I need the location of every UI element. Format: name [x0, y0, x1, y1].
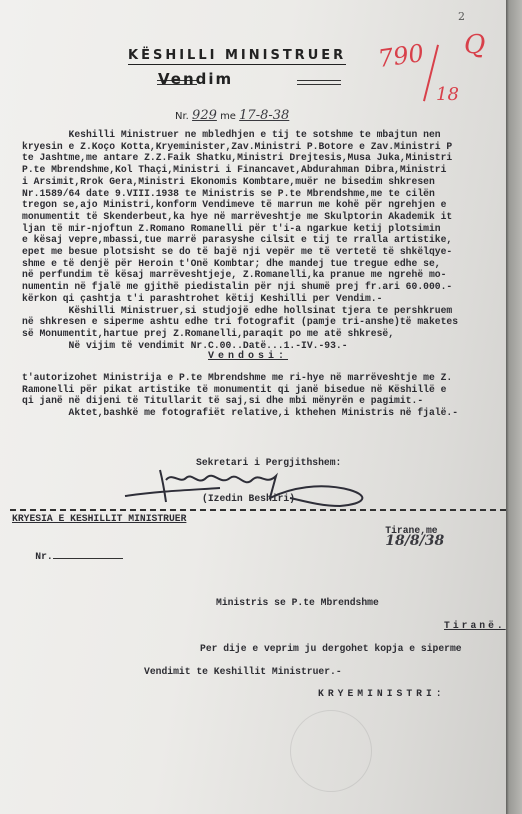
body-line: te Jashtme,me antare Z.Z.Faik Shatku,Min… [22, 152, 458, 164]
addressee-city: Tiranë. [444, 620, 506, 632]
page-edge [506, 0, 522, 814]
body-line: monumentit të Skenderbeut,ka hye në marr… [22, 211, 458, 223]
divider [10, 509, 506, 511]
nr-value: 929 [192, 108, 217, 123]
page-number: 2 [458, 10, 465, 23]
body-line: shme e të denjë për Heroin t'Onë Kombtar… [22, 258, 458, 270]
decision-line: t'autorizohet Ministrija e P.te Mbrendsh… [22, 372, 458, 384]
body-line: kryesin e Z.Koço Kotta,Kryeminister,Zav.… [22, 141, 458, 153]
body-line: së Monumentit,hartue prej Z.Romanelli,pa… [22, 328, 458, 340]
body-line: Keshilli Ministruer ne mbledhjen e tij t… [22, 129, 458, 141]
addressee: Ministris se P.te Mbrendshme [216, 597, 379, 609]
body-line: P.te Mbrendshme,Kol Thaçi,Ministri i Fin… [22, 164, 458, 176]
closing-signatory: KRYEMINISTRI: [318, 688, 446, 700]
outgoing-number: Nr. [12, 539, 123, 574]
red-annotation-number: 790 [376, 39, 425, 73]
body-line: i Arsimit,Rrok Gera,Ministri Ekonomis Ko… [22, 176, 458, 188]
body-line: Këshilli Ministruer,si studjojë edhe hol… [22, 305, 458, 317]
date-value: 17-8-38 [239, 108, 289, 123]
title-rule-right [297, 80, 341, 85]
body-line: Në vijim të vendimit Nr.C.00..Datë...1.-… [22, 340, 458, 352]
body-line: ljan të mir-njoftun Z.Romano Romanelli p… [22, 223, 458, 235]
decision-heading: Vendosi: [208, 351, 288, 362]
red-annotation-mark: Q [464, 30, 485, 60]
handwritten-signature [120, 458, 380, 508]
decision-body: Keshilli Ministruer ne mbledhjen e tij t… [22, 129, 458, 351]
date-label: me [220, 111, 236, 122]
body-line: numentin në fjalë me gjithë piedistalin … [22, 281, 458, 293]
outgoing-nr-blank [53, 558, 123, 559]
decision-line: qi janë në dijeni të Titullarit të saj,s… [22, 395, 458, 407]
document-subtitle: Vendim [158, 70, 233, 88]
place-date-value: 18/8/38 [385, 533, 444, 549]
body-line: Nr.1589/64 date 9.VIII.1938 te Ministris… [22, 188, 458, 200]
decision-number-line: Nr. 929 me 17-8-38 [175, 108, 289, 123]
place-date: Tirane,me 18/8/38 [362, 513, 444, 561]
cover-line-2: Vendimit te Keshillit Ministruer.- [144, 666, 342, 678]
body-line: e kësaj vepre,mbassi,tue marrë parasyshe… [22, 234, 458, 246]
body-line: epet me besue plotsisht se do të bajë nj… [22, 246, 458, 258]
document-page: 2 KËSHILLI MINISTRUER Vendim Nr. 929 me … [0, 0, 506, 814]
decision-line: Ramonelli për pikat artistike të monumen… [22, 384, 458, 396]
office-name: KRYESIA E KESHILLIT MINISTRUER [12, 513, 186, 525]
decision-text: t'autorizohet Ministrija e P.te Mbrendsh… [22, 372, 458, 419]
body-line: në shkresen e siperme ashtu edhe tri fot… [22, 316, 458, 328]
body-line: kërkon qi çashtja t'i parashtrohet këtij… [22, 293, 458, 305]
nr-label: Nr. [175, 111, 189, 122]
document-title: KËSHILLI MINISTRUER [128, 48, 346, 65]
body-line: në perfundim të kësaj marrëveshtjeje, Z.… [22, 269, 458, 281]
body-line: tregon se,ajo Ministri,konform Vendimeve… [22, 199, 458, 211]
cover-line-1: Per dije e veprim ju dergohet kopja e si… [200, 643, 462, 655]
decision-line: Aktet,bashkë me fotografiët relative,i k… [22, 407, 458, 419]
outgoing-nr-label: Nr. [35, 551, 52, 562]
red-annotation-sub: 18 [436, 84, 459, 105]
faded-stamp [290, 710, 372, 792]
